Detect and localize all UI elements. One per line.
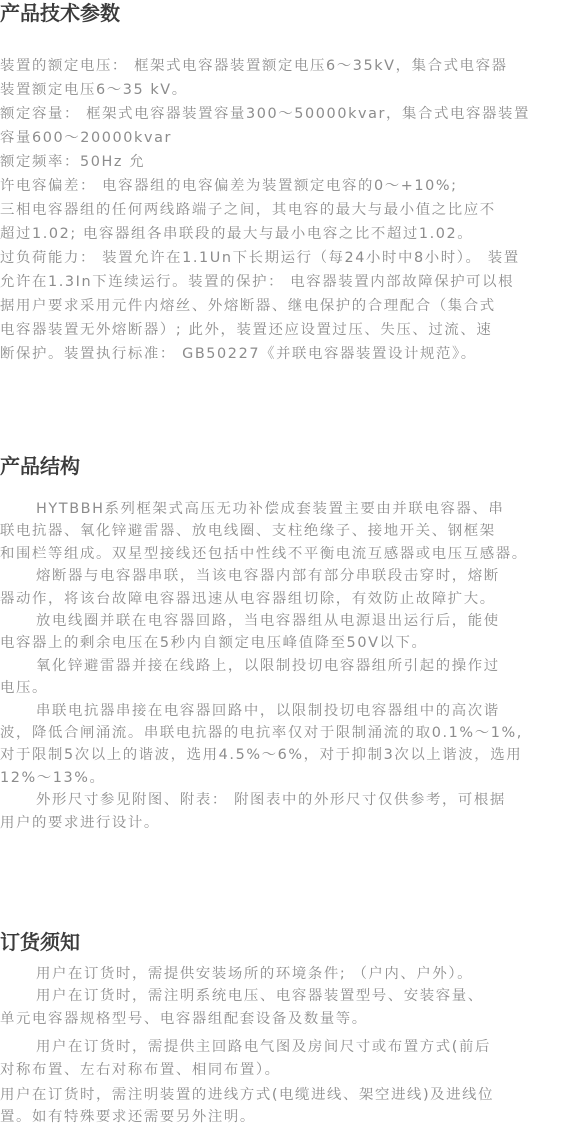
text-line: 串联电抗器串接在电容器回路中，以限制投切电容器组中的高次谐 [0,700,574,722]
text-line: 装置额定电压6～35 kV。 [0,78,574,102]
text-line: 过负荷能力： 装置允许在1.1Un下长期运行（每24小时中8小时）。 装置 [0,246,574,270]
text-line: 氧化锌避雷器并接在线路上，以限制投切电容器组所引起的操作过 [0,655,574,677]
text-line: 电容器装置无外熔断器）; 此外，装置还应设置过压、失压、过流、速 [0,318,574,342]
text-line: 对称布置、左右对称布置、相同布置）。 [0,1059,574,1081]
text-line: 容量600～20000kvar [0,126,574,150]
text-line: 用户在订货时，需提供主回路电气图及房间尺寸或布置方式(前后 [0,1036,574,1058]
section-title-ordering: 订货须知 [0,929,80,955]
text-line: HYTBBH系列框架式高压无功补偿成套装置主要由并联电容器、串 [0,498,574,520]
text-line: 波，降低合闸涌流。串联电抗器的电抗率仅对于限制涌流的取0.1%～1%, [0,722,574,744]
text-line: 熔断器与电容器串联，当该电容器内部有部分串联段击穿时，熔断 [0,565,574,587]
text-line: 电容器上的剩余电压在5秒内自额定电压峰值降至50V以下。 [0,632,574,654]
text-line: 用户在订货时，需注明系统电压、电容器装置型号、安装容量、 [0,985,574,1007]
text-line: 12%～13%。 [0,767,574,789]
text-line: 断保护。装置执行标准： GB50227《并联电容器装置设计规范》。 [0,342,574,366]
text-line: 额定频率：50Hz 允 [0,150,574,174]
ordering-body: 用户在订货时，需提供安装场所的环境条件; （户内、户外）。 用户在订货时，需注明… [0,963,574,1129]
text-line: 用户的要求进行设计。 [0,812,574,834]
text-line: 用户在订货时，需注明装置的进线方式(电缆进线、架空进线)及进线位 [0,1084,574,1106]
text-line: 据用户要求采用元件内熔丝、外熔断器、继电保护的合理配合（集合式 [0,294,574,318]
text-line: 放电线圈并联在电容器回路，当电容器组从电源退出运行后，能使 [0,610,574,632]
text-line: 电压。 [0,677,574,699]
text-line: 用户在订货时，需提供安装场所的环境条件; （户内、户外）。 [0,963,574,985]
text-line: 超过1.02; 电容器组各串联段的最大与最小电容之比不超过1.02。 [0,222,574,246]
tech-params-body: 装置的额定电压： 框架式电容器装置额定电压6～35kV，集合式电容器 装置额定电… [0,54,574,366]
text-line: 对于限制5次以上的谐波，选用4.5%～6%，对于抑制3次以上谐波，选用 [0,744,574,766]
structure-body: HYTBBH系列框架式高压无功补偿成套装置主要由并联电容器、串 联电抗器、氧化锌… [0,498,574,834]
section-title-structure: 产品结构 [0,453,80,479]
text-line: 单元电容器规格型号、电容器组配套设备及数量等。 [0,1008,574,1030]
text-line: 置。如有特殊要求还需要另外注明。 [0,1106,574,1128]
text-line: 许电容偏差： 电容器组的电容偏差为装置额定电容的0～+10%; [0,174,574,198]
text-line: 额定容量： 框架式电容器装置容量300～50000kvar，集合式电容器装置 [0,102,574,126]
text-line: 允许在1.3In下连续运行。装置的保护： 电容器装置内部故障保护可以根 [0,270,574,294]
text-line: 和围栏等组成。双星型接线还包括中性线不平衡电流互感器或电压互感器。 [0,543,574,565]
text-line: 装置的额定电压： 框架式电容器装置额定电压6～35kV，集合式电容器 [0,54,574,78]
text-line: 联电抗器、氧化锌避雷器、放电线圈、支柱绝缘子、接地开关、钢框架 [0,520,574,542]
section-title-tech-params: 产品技术参数 [0,0,120,26]
text-line: 外形尺寸参见附图、附表： 附图表中的外形尺寸仅供参考，可根据 [0,789,574,811]
text-line: 三相电容器组的任何两线路端子之间，其电容的最大与最小值之比应不 [0,198,574,222]
text-line: 器动作，将该台故障电容器迅速从电容器组切除，有效防止故障扩大。 [0,588,574,610]
